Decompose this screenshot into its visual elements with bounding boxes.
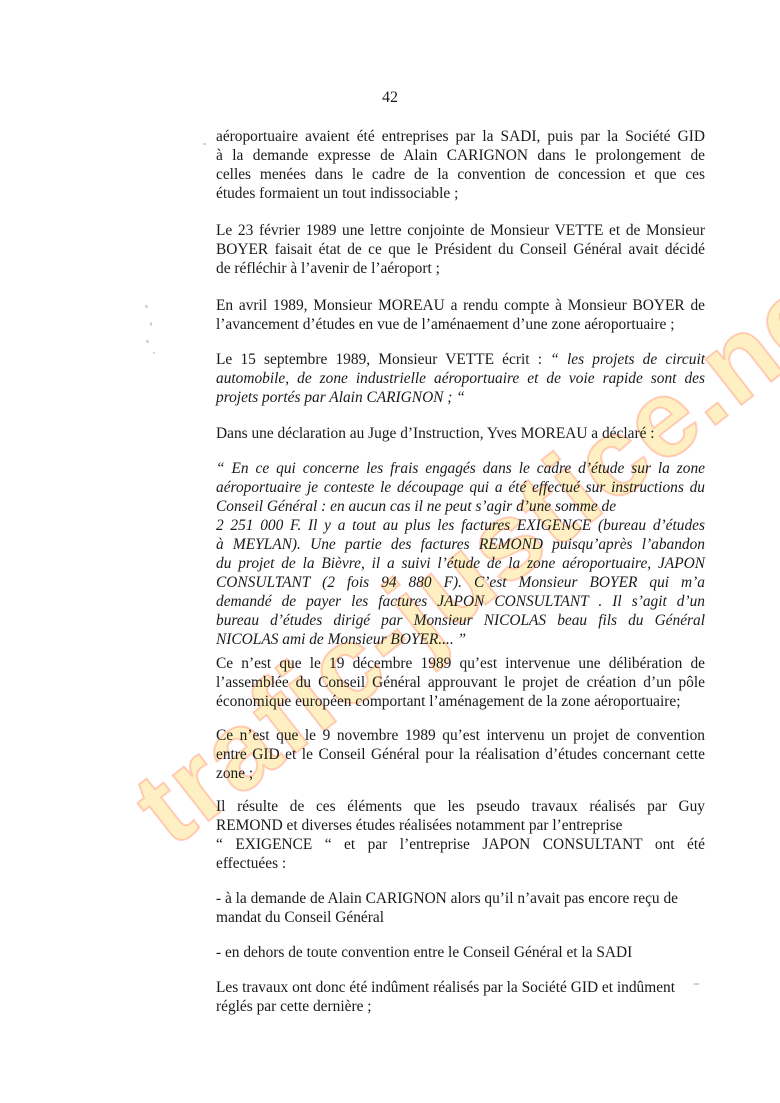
text-line: l’assemblée du Conseil Général approuvan… <box>216 673 705 692</box>
bullet-hors-convention: - en dehors de toute convention entre le… <box>216 943 705 962</box>
text-line: l’avancement d’études en vue de l’aménae… <box>216 315 705 334</box>
text-line: Le 23 février 1989 une lettre conjointe … <box>216 221 705 240</box>
intro-text: Le 15 septembre 1989, Monsieur VETTE écr… <box>216 351 550 368</box>
text-line: effectuées : <box>216 854 705 873</box>
scan-speck <box>153 352 155 354</box>
paragraph-continuation: aéroportuaire avaient été entreprises pa… <box>216 127 705 203</box>
text-line: entre GID et le Conseil Général pour la … <box>216 745 705 764</box>
text-line: Le 15 septembre 1989, Monsieur VETTE écr… <box>216 350 705 369</box>
text-line: du projet de la Bièvre, il a suivi l’étu… <box>216 554 705 573</box>
text-line: projets portés par Alain CARIGNON ; “ <box>216 388 705 407</box>
text-line: à MEYLAN). Une partie des factures REMON… <box>216 535 705 554</box>
text-line: “ EXIGENCE “ et par l’entreprise JAPON C… <box>216 835 705 854</box>
text-line: économique européen comportant l’aménage… <box>216 692 705 711</box>
paragraph-il-resulte: Il résulte de ces éléments que les pseud… <box>216 797 705 873</box>
text-line: - à la demande de Alain CARIGNON alors q… <box>216 889 705 908</box>
text-line: NICOLAS ami de Monsieur BOYER.... ” <box>216 630 705 649</box>
text-line: BOYER faisait état de ce que le Présiden… <box>216 240 705 259</box>
paragraph-declaration-moreau: Dans une déclaration au Juge d’Instructi… <box>216 424 705 443</box>
text-line: “ En ce qui concerne les frais engagés d… <box>216 459 705 478</box>
page-number: 42 <box>0 88 780 108</box>
text-line: Il résulte de ces éléments que les pseud… <box>216 797 705 816</box>
text-line: aéroportuaire avaient été entreprises pa… <box>216 127 705 146</box>
scan-speck <box>693 983 700 985</box>
text-line: Conseil Général : en aucun cas il ne peu… <box>216 497 705 516</box>
text-line: Les travaux ont donc été indûment réalis… <box>216 978 705 997</box>
text-line: En avril 1989, Monsieur MOREAU a rendu c… <box>216 296 705 315</box>
text-line: REMOND et diverses études réalisées nota… <box>216 816 705 835</box>
scan-speck <box>145 305 148 308</box>
text-line: mandat du Conseil Général <box>216 908 705 927</box>
text-line: CONSULTANT (2 fois 94 880 F). C’est Mons… <box>216 573 705 592</box>
paragraph-19-decembre: Ce n’est que le 19 décembre 1989 qu’est … <box>216 654 705 711</box>
text-line: bureau d’études dirigé par Monsieur NICO… <box>216 611 705 630</box>
scan-speck <box>146 340 149 343</box>
paragraph-vette-ecrit: Le 15 septembre 1989, Monsieur VETTE écr… <box>216 350 705 407</box>
text-line: Dans une déclaration au Juge d’Instructi… <box>216 424 705 443</box>
scan-speck <box>150 322 152 326</box>
scan-speck <box>203 143 206 145</box>
text-line: - en dehors de toute convention entre le… <box>216 943 705 962</box>
paragraph-9-novembre: Ce n’est que le 9 novembre 1989 qu’est i… <box>216 726 705 783</box>
quote-text: “ les projets de circuit <box>550 351 705 368</box>
text-line: de réfléchir à l’avenir de l’aéroport ; <box>216 259 705 278</box>
text-line: à la demande expresse de Alain CARIGNON … <box>216 146 705 165</box>
text-line: aéroportuaire je conteste le découpage q… <box>216 478 705 497</box>
paragraph-avril-1989: En avril 1989, Monsieur MOREAU a rendu c… <box>216 296 705 334</box>
text-line: 2 251 000 F. Il y a tout au plus les fac… <box>216 516 705 535</box>
paragraph-lettre-conjointe: Le 23 février 1989 une lettre conjointe … <box>216 221 705 278</box>
bullet-demande-carignon: - à la demande de Alain CARIGNON alors q… <box>216 889 705 927</box>
text-line: automobile, de zone industrielle aéropor… <box>216 369 705 388</box>
text-line: Ce n’est que le 9 novembre 1989 qu’est i… <box>216 726 705 745</box>
text-line: zone ; <box>216 764 705 783</box>
text-line: demandé de payer les factures JAPON CONS… <box>216 592 705 611</box>
text-line: réglés par cette dernière ; <box>216 997 705 1016</box>
text-line: études formaient un tout indissociable ; <box>216 184 705 203</box>
text-line: celles menées dans le cadre de la conven… <box>216 165 705 184</box>
text-line: Ce n’est que le 19 décembre 1989 qu’est … <box>216 654 705 673</box>
paragraph-conclusion: Les travaux ont donc été indûment réalis… <box>216 978 705 1016</box>
quote-moreau: “ En ce qui concerne les frais engagés d… <box>216 459 705 649</box>
